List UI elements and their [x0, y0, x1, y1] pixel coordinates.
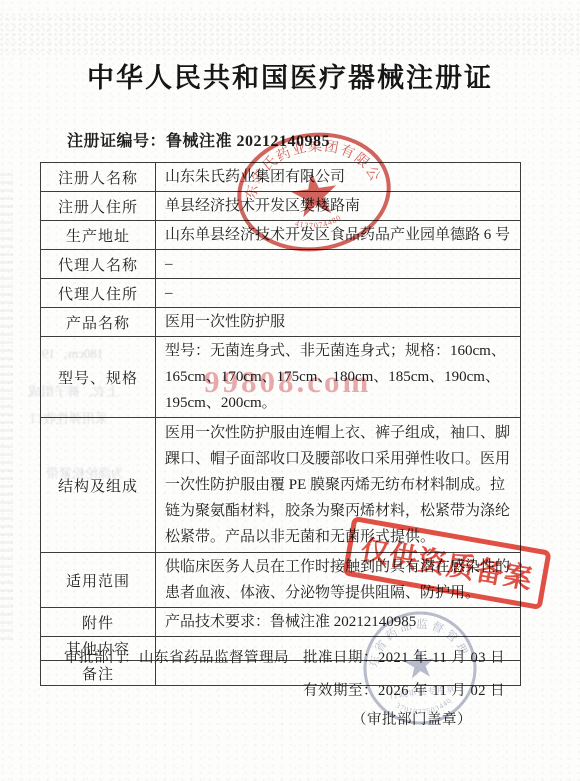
row-label: 生产地址 — [41, 221, 156, 250]
star-icon — [289, 169, 340, 218]
svg-text:4137074480: 4137074480 — [293, 212, 344, 233]
row-value: 医用一次性防护服 — [156, 308, 521, 337]
star-icon — [403, 648, 435, 679]
scan-edge-noise — [0, 170, 13, 640]
approval-department-value: 山东省药品监督管理局 — [139, 650, 289, 666]
certificate-title: 中华人民共和国医疗器械注册证 — [0, 56, 580, 95]
company-seal-number: 4137074480 — [293, 212, 344, 233]
approval-department-line: 审批部门：山东省药品监督管理局 — [64, 646, 289, 667]
registration-number-label: 注册证编号： — [67, 133, 166, 150]
row-label: 附件 — [41, 608, 156, 637]
row-label: 结构及组成 — [41, 418, 156, 553]
row-value: – — [156, 279, 521, 308]
row-label: 型号、规格 — [41, 337, 156, 418]
table-row: 代理人住所 – — [41, 279, 521, 308]
row-label: 注册人住所 — [41, 192, 156, 221]
row-label: 代理人名称 — [41, 250, 156, 279]
approval-department-label: 审批部门： — [64, 650, 139, 666]
table-row: 产品名称 医用一次性防护服 — [41, 308, 521, 337]
row-label: 适用范围 — [41, 553, 156, 608]
company-seal-stamp: 山东朱氏药业集团有限公司 4137074480 — [233, 130, 395, 254]
scan-noise-band — [0, 13, 580, 55]
row-label: 产品名称 — [41, 308, 156, 337]
certificate-page: 中华人民共和国医疗器械注册证 注册证编号：鲁械注准 20212140985 注册… — [0, 0, 580, 781]
row-value: 医用一次性防护服由连帽上衣、裤子组成，袖口、脚踝口、帽子面部收口及腰部收口采用弹… — [156, 418, 521, 553]
row-label: 代理人住所 — [41, 279, 156, 308]
site-watermark: 99808.com — [204, 364, 371, 400]
official-seal-stamp: 山东省药品监督管理局 行政审批专用章 3701027503440 — [360, 608, 480, 728]
row-label: 注册人名称 — [41, 163, 156, 192]
